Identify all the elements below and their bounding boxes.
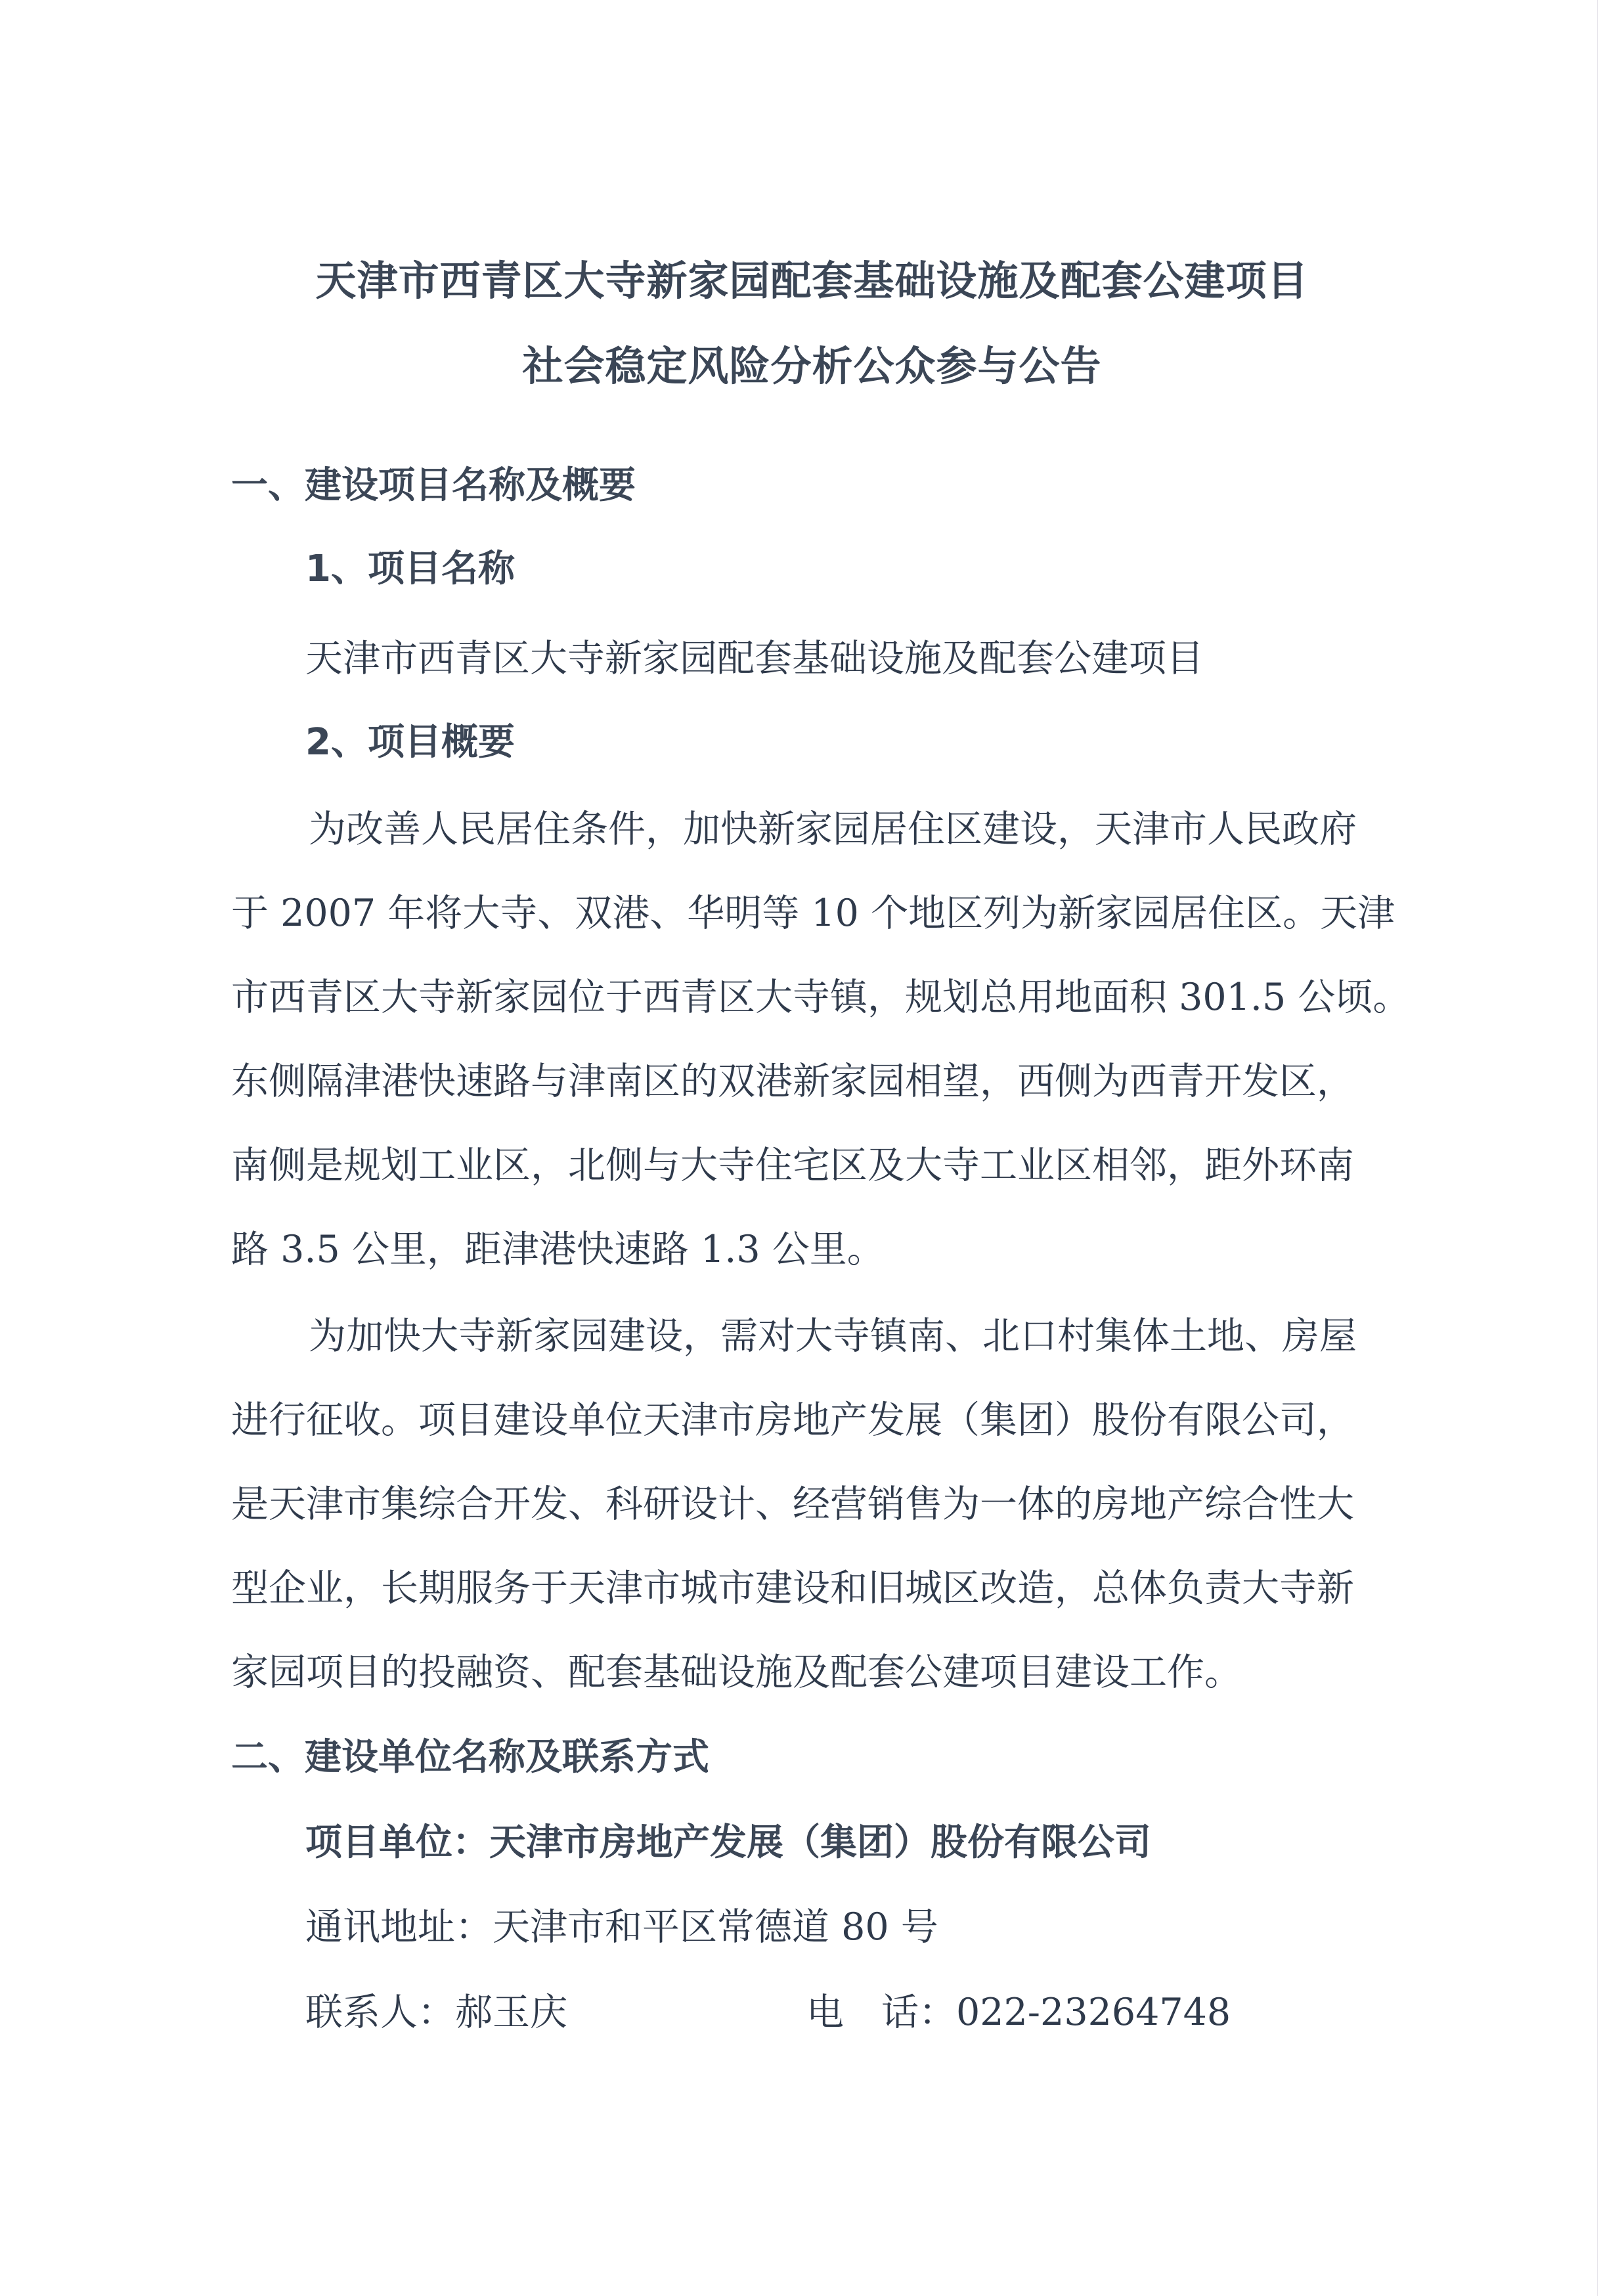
paragraph2-line2: 进行征收。项目建设单位天津市房地产发展（集团）股份有限公司， (231, 1397, 1348, 1443)
contact-phone: 电 话：022-23264748 (806, 1989, 1231, 2035)
contact-person: 联系人：郝玉庆 (305, 1989, 567, 2035)
paragraph1-line5: 南侧是规划工业区，北侧与大寺住宅区及大寺工业区相邻，距外环南 (231, 1142, 1348, 1188)
paragraph2-line1: 为加快大寺新家园建设，需对大寺镇南、北口村集体土地、房屋 (231, 1313, 1348, 1359)
subsection2-heading: 2、项目概要 (305, 720, 515, 766)
subsection1-heading: 1、项目名称 (305, 546, 515, 592)
document-title-line1: 天津市西青区大寺新家园配套基础设施及配套公建项目 (0, 248, 1624, 307)
paragraph2-line3: 是天津市集综合开发、科研设计、经营销售为一体的房地产综合性大 (231, 1481, 1348, 1527)
paragraph2-line4: 型企业，长期服务于天津市城市建设和旧城区改造，总体负责大寺新 (231, 1565, 1348, 1611)
section2-heading: 二、建设单位名称及联系方式 (231, 1735, 709, 1781)
paragraph1-line3: 市西青区大寺新家园位于西青区大寺镇，规划总用地面积 301.5 公顷。 (231, 974, 1348, 1020)
project-name-text: 天津市西青区大寺新家园配套基础设施及配套公建项目 (305, 636, 1204, 682)
project-unit: 项目单位：天津市房地产发展（集团）股份有限公司 (305, 1820, 1151, 1866)
paragraph1-line4: 东侧隔津港快速路与津南区的双港新家园相望，西侧为西青开发区， (231, 1058, 1348, 1104)
paragraph1-line1: 为改善人民居住条件，加快新家园居住区建设，天津市人民政府 (231, 806, 1348, 852)
paragraph1-line6: 路 3.5 公里，距津港快速路 1.3 公里。 (231, 1226, 1348, 1272)
document-page: 天津市西青区大寺新家园配套基础设施及配套公建项目 社会稳定风险分析公众参与公告 … (0, 0, 1624, 2296)
paragraph2-line5: 家园项目的投融资、配套基础设施及配套公建项目建设工作。 (231, 1649, 1348, 1695)
document-title-line2: 社会稳定风险分析公众参与公告 (0, 334, 1624, 392)
paragraph1-line2: 于 2007 年将大寺、双港、华明等 10 个地区列为新家园居住区。天津 (231, 890, 1348, 936)
section1-heading: 一、建设项目名称及概要 (231, 463, 636, 509)
mailing-address: 通讯地址：天津市和平区常德道 80 号 (305, 1904, 938, 1950)
